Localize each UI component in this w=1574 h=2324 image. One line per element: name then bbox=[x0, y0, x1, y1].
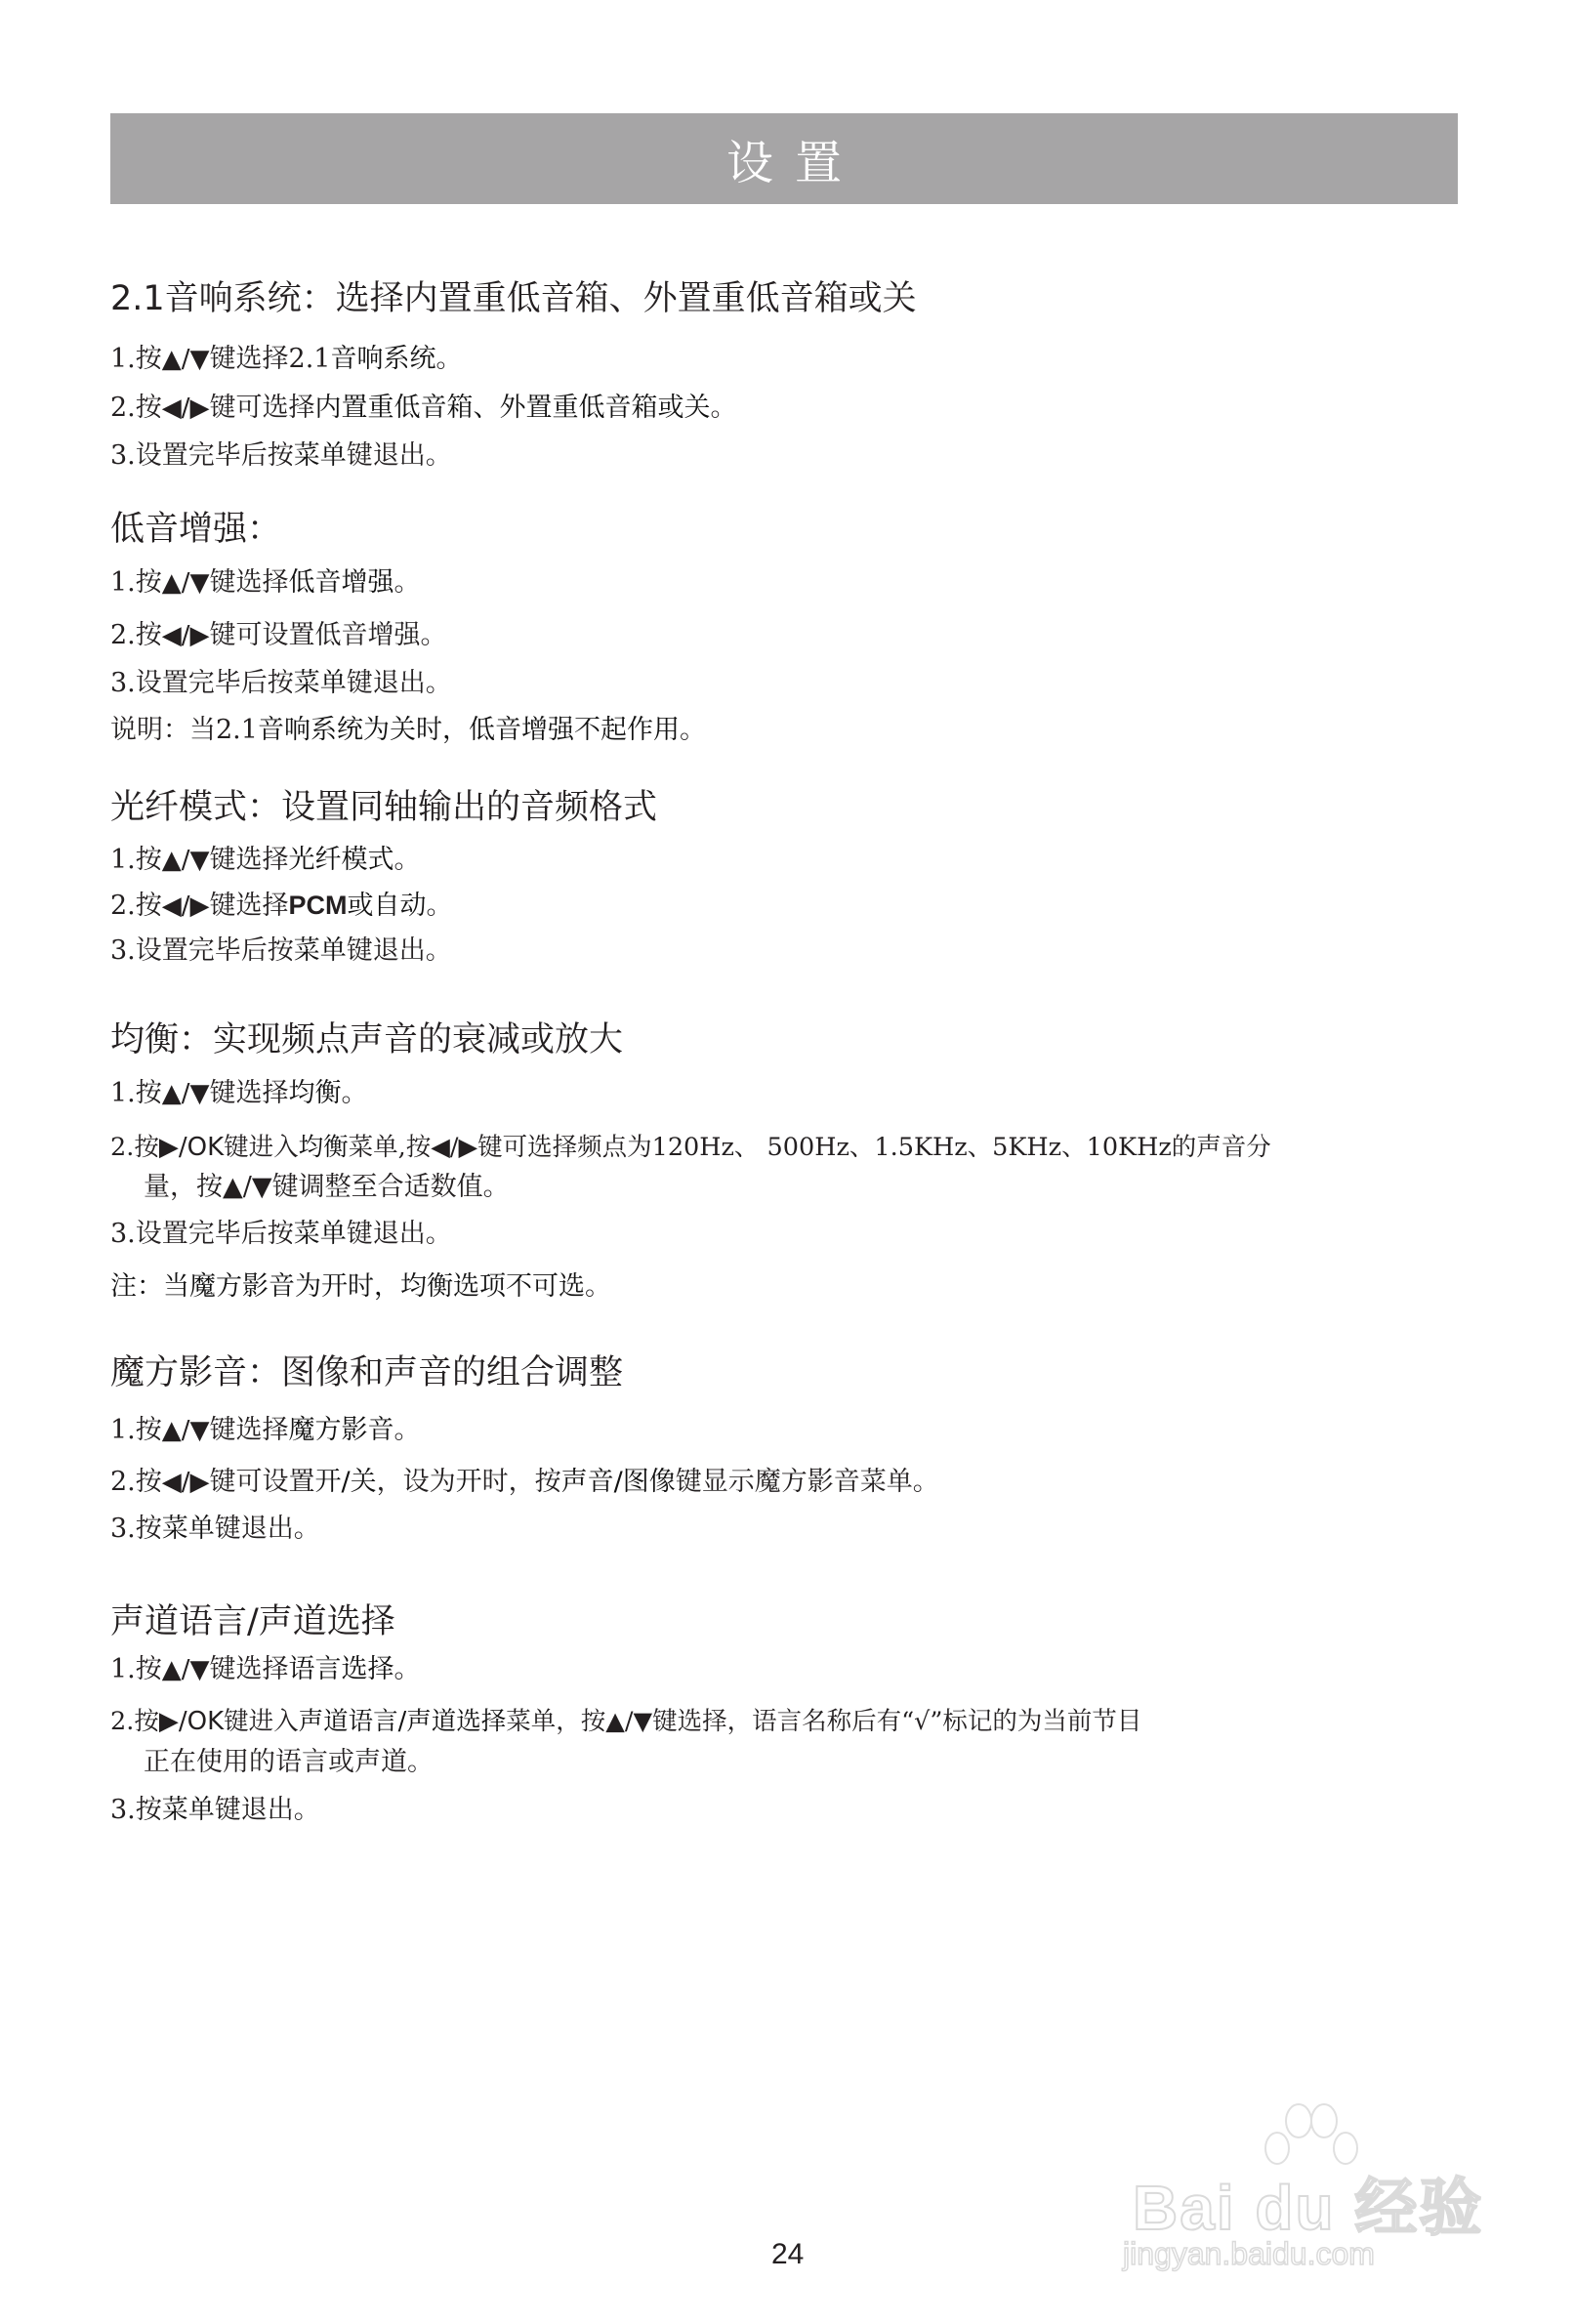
instruction-line: 3.设置完毕后按菜单键退出。 bbox=[110, 934, 452, 968]
instruction-line-continued: 量，按▲/▼键调整至合适数值。 bbox=[144, 1171, 510, 1204]
left-right-arrow-icon: ◀/▶ bbox=[162, 621, 210, 650]
up-down-arrow-icon: ▲/▼ bbox=[162, 1079, 210, 1108]
instruction-line: 1.按▲/▼键选择均衡。 bbox=[110, 1077, 368, 1110]
section-heading-bass-boost: 低音增强： bbox=[110, 510, 281, 549]
instruction-line: 2.按◀/▶键可设置低音增强。 bbox=[110, 619, 447, 652]
up-down-arrow-icon: ▲/▼ bbox=[162, 1416, 210, 1445]
instruction-line: 3.设置完毕后按菜单键退出。 bbox=[110, 1218, 452, 1251]
baidu-jingyan-watermark: Bai du 经验 jingyan.baidu.com bbox=[1123, 2099, 1494, 2285]
page-number: 24 bbox=[771, 2238, 804, 2271]
instruction-line: 3.设置完毕后按菜单键退出。 bbox=[110, 667, 452, 700]
instruction-line: 1.按▲/▼键选择魔方影音。 bbox=[110, 1414, 421, 1447]
instruction-line: 2.按▶/OK键进入声道语言/声道选择菜单，按▲/▼键选择，语言名称后有“√”标… bbox=[110, 1705, 1141, 1738]
instruction-line: 1.按▲/▼键选择2.1音响系统。 bbox=[110, 343, 462, 376]
instruction-line: 3.按菜单键退出。 bbox=[110, 1513, 320, 1546]
left-right-arrow-icon: ◀/▶ bbox=[162, 1468, 210, 1497]
note-line: 注：当魔方影音为开时，均衡选项不可选。 bbox=[110, 1270, 611, 1304]
instruction-line: 3.按菜单键退出。 bbox=[110, 1794, 320, 1827]
watermark-url: jingyan.baidu.com bbox=[1123, 2236, 1375, 2272]
instruction-line: 3.设置完毕后按菜单键退出。 bbox=[110, 439, 452, 473]
section-heading-2-1-audio: 2.1音响系统：选择内置重低音箱、外置重低音箱或关 bbox=[110, 279, 917, 318]
instruction-line: 2.按◀/▶键可设置开/关，设为开时，按声音/图像键显示魔方影音菜单。 bbox=[110, 1466, 939, 1499]
instruction-line: 2.按◀/▶键可选择内置重低音箱、外置重低音箱或关。 bbox=[110, 392, 737, 425]
up-down-arrow-icon: ▲/▼ bbox=[162, 1655, 210, 1684]
left-right-arrow-icon: ◀/▶ bbox=[162, 892, 210, 921]
right-ok-key-icon: ▶/OK bbox=[159, 1707, 224, 1736]
left-right-arrow-icon: ◀/▶ bbox=[162, 394, 210, 423]
up-down-arrow-icon: ▲/▼ bbox=[162, 568, 210, 598]
instruction-line: 2.按◀/▶键选择PCM或自动。 bbox=[110, 889, 453, 923]
page-title-bar: 设置 bbox=[110, 113, 1458, 204]
section-heading-equalizer: 均衡：实现频点声音的衰减或放大 bbox=[110, 1020, 623, 1059]
note-line: 说明：当2.1音响系统为关时，低音增强不起作用。 bbox=[110, 714, 706, 747]
up-down-arrow-icon: ▲/▼ bbox=[162, 846, 210, 875]
instruction-line: 2.按▶/OK键进入均衡菜单,按◀/▶键可选择频点为120Hz、 500Hz、1… bbox=[110, 1131, 1271, 1164]
instruction-line-continued: 正在使用的语言或声道。 bbox=[144, 1746, 434, 1779]
up-down-arrow-icon: ▲/▼ bbox=[162, 345, 210, 374]
section-heading-magic-av: 魔方影音：图像和声音的组合调整 bbox=[110, 1353, 623, 1392]
section-heading-optical-mode: 光纤模式：设置同轴输出的音频格式 bbox=[110, 788, 657, 827]
watermark-logo: Bai du 经验 bbox=[1133, 2158, 1483, 2248]
instruction-line: 1.按▲/▼键选择光纤模式。 bbox=[110, 844, 421, 877]
section-heading-audio-language: 声道语言/声道选择 bbox=[110, 1602, 395, 1641]
page-title: 设置 bbox=[705, 125, 863, 192]
instruction-line: 1.按▲/▼键选择语言选择。 bbox=[110, 1653, 421, 1686]
instruction-line: 1.按▲/▼键选择低音增强。 bbox=[110, 566, 421, 600]
right-ok-key-icon: ▶/OK bbox=[159, 1133, 224, 1162]
